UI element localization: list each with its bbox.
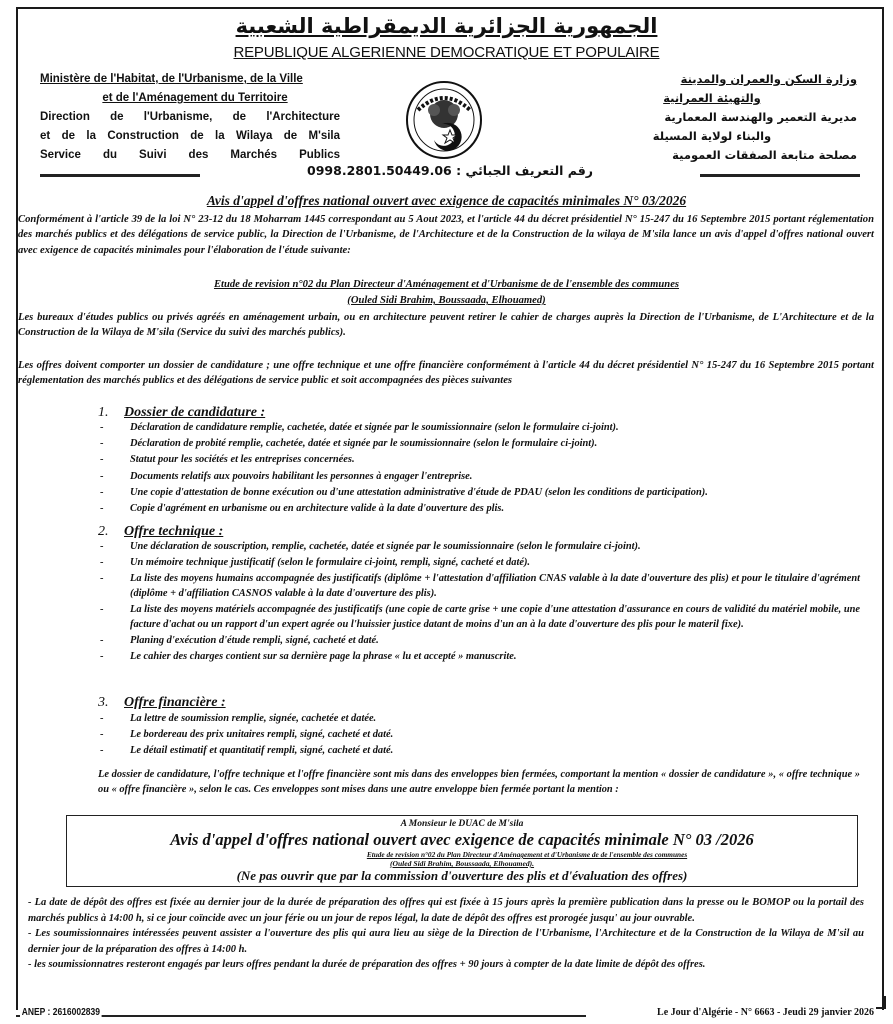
section-label: Dossier de candidature : [124, 405, 265, 420]
direction-line-1: Direction de l'Urbanisme, de l'Architect… [40, 108, 340, 127]
study-title: Etude de revision n°02 du Plan Directeur… [0, 277, 893, 292]
mention-study: Etude de revision n°02 du Plan Directeur… [67, 850, 857, 859]
notice-title: Avis d'appel d'offres national ouvert av… [0, 193, 893, 209]
mention-note: (Ne pas ouvrir que par la commission d'o… [67, 868, 857, 884]
divider-right [700, 174, 860, 177]
list-item: Copie d'agrément en urbanisme ou en arch… [98, 502, 860, 517]
section-heading-dossier: 1.Dossier de candidature : [98, 405, 265, 421]
list-item: Un mémoire technique justificatif (selon… [98, 556, 860, 571]
tax-id-row: رقم التعريف الجبائي : 0998.2801.50449.06 [40, 163, 860, 185]
mention-title: Avis d'appel d'offres national ouvert av… [67, 830, 857, 850]
publication-reference: Le Jour d'Algérie - N° 6663 - Jeudi 29 j… [657, 1007, 874, 1018]
ministry-line-1: Ministère de l'Habitat, de l'Urbanisme, … [40, 70, 380, 89]
direction-ar-line-2: والبناء لولاية المسيلة [567, 127, 857, 146]
envelopes-paragraph: Le dossier de candidature, l'offre techn… [98, 767, 860, 797]
study-communes: (Ouled Sidi Brahim, Boussaada, Elhouamed… [0, 293, 893, 308]
notice-intro: Conformément à l'article 39 de la loi N°… [18, 212, 874, 258]
list-item: Le détail estimatif et quantitatif rempl… [98, 744, 860, 759]
note-deadline: - La date de dépôt des offres est fixée … [28, 895, 864, 926]
section-number: 3. [98, 695, 124, 711]
state-emblem-icon [404, 80, 484, 160]
list-item: La lettre de soumission remplie, signée,… [98, 712, 860, 727]
section-heading-financiere: 3.Offre financière : [98, 695, 226, 711]
list-item: Une copie d'attestation de bonne exécuti… [98, 486, 860, 501]
note-validity: - les soumissionnatres resteront engagés… [28, 957, 864, 973]
final-notes: - La date de dépôt des offres est fixée … [28, 895, 864, 973]
section-number: 2. [98, 524, 124, 540]
arabic-republic-title: الجمهورية الجزائرية الديمقراطية الشعبية [0, 14, 893, 38]
list-item: Statut pour les sociétés et les entrepri… [98, 453, 860, 468]
frame-corner-tick [876, 1007, 886, 1009]
section-list-financiere: La lettre de soumission remplie, signée,… [98, 712, 860, 761]
section-label: Offre financière : [124, 695, 226, 710]
footer: ANEP : 2616002839 Le Jour d'Algérie - N°… [16, 1006, 886, 1024]
list-item: Le cahier des charges contient sur sa de… [98, 650, 860, 665]
list-item: La liste des moyens matériels accompagné… [98, 603, 860, 632]
ministry-line-2: et de l'Aménagement du Territoire [40, 89, 380, 108]
section-label: Offre technique : [124, 524, 223, 539]
list-item: Déclaration de probité remplie, cachetée… [98, 437, 860, 452]
ministry-ar-line-2: والتهيئة العمرانية [567, 89, 857, 108]
list-item: Documents relatifs aux pouvoirs habilita… [98, 470, 860, 485]
ministry-ar-line-1: وزارة السكن والعمران والمدينة [567, 70, 857, 89]
section-list-technique: Une déclaration de souscription, remplie… [98, 540, 860, 666]
anep-reference: ANEP : 2616002839 [20, 1007, 102, 1018]
retrieval-paragraph: Les bureaux d'études publics ou privés a… [18, 310, 874, 341]
list-item: Planing d'exécution d'étude rempli, sign… [98, 634, 860, 649]
offers-intro: Les offres doivent comporter un dossier … [18, 358, 874, 389]
note-opening: - Les soumissionnaires intéressées peuve… [28, 926, 864, 957]
envelope-mention-box: A Monsieur le DUAC de M'sila Avis d'appe… [66, 815, 858, 887]
list-item: Le bordereau des prix unitaires rempli, … [98, 728, 860, 743]
mention-addressee: A Monsieur le DUAC de M'sila [67, 819, 857, 829]
ministry-block-fr: Ministère de l'Habitat, de l'Urbanisme, … [40, 70, 380, 165]
direction-ar-line-1: مديرية التعمير والهندسة المعمارية [567, 108, 857, 127]
mention-communes: (Ouled Sidi Brahim, Boussaada, Elhouamed… [67, 859, 857, 868]
section-number: 1. [98, 405, 124, 421]
ministry-block-ar: وزارة السكن والعمران والمدينة والتهيئة ا… [567, 70, 857, 165]
direction-line-2: et de la Construction de la Wilaya de M'… [40, 127, 340, 146]
list-item: Une déclaration de souscription, remplie… [98, 540, 860, 555]
list-item: Déclaration de candidature remplie, cach… [98, 421, 860, 436]
section-list-dossier: Déclaration de candidature remplie, cach… [98, 421, 860, 518]
section-heading-technique: 2.Offre technique : [98, 524, 223, 540]
french-republic-title: REPUBLIQUE ALGERIENNE DEMOCRATIQUE ET PO… [0, 44, 893, 61]
list-item: La liste des moyens humains accompagnée … [98, 572, 860, 601]
